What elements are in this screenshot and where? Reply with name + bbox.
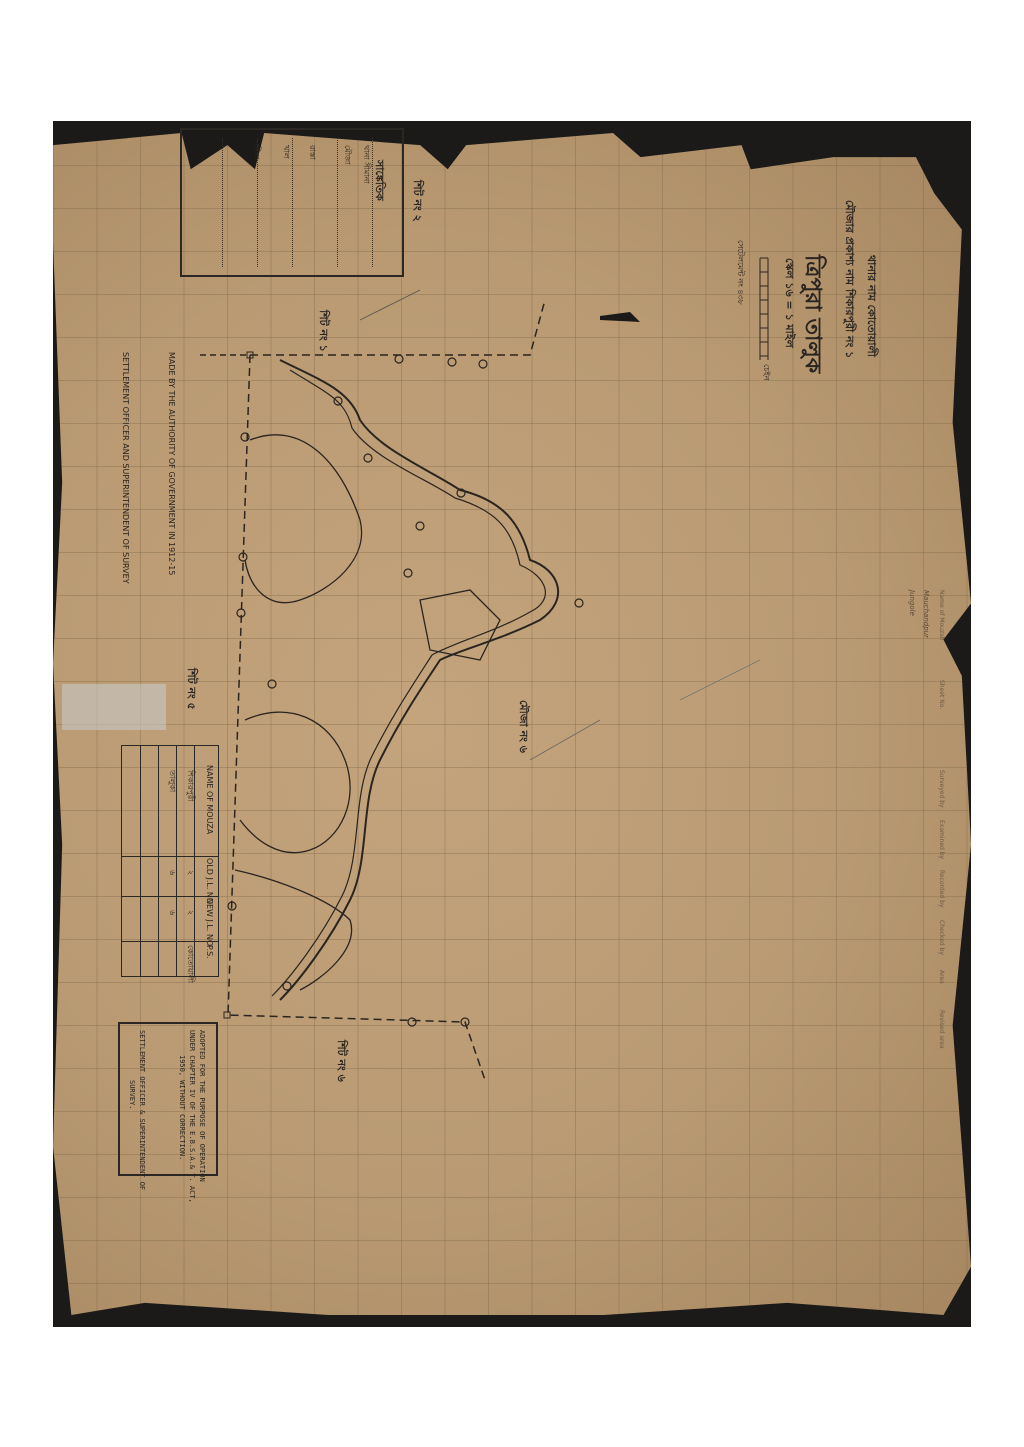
table-cell: ২ xyxy=(183,870,196,875)
authority-footer: SETTLEMENT OFFICER AND SUPERINTENDENT OF… xyxy=(121,352,130,584)
map-title: ত্রিপুরা তালুক xyxy=(793,255,830,373)
stamp-line4: SETTLEMENT OFFICER & SUPERINTENDENT OF xyxy=(138,1030,146,1190)
table-header: NEW J.L. NO xyxy=(205,898,214,946)
form-column: Examined by xyxy=(938,820,945,859)
table-cell: ৬ xyxy=(165,910,178,915)
table-header: P.S. xyxy=(205,945,214,959)
mouza-label-6: মৌজা নং ৬ xyxy=(513,700,532,753)
table-cell: ৬ xyxy=(165,870,178,875)
form-entry: Jungole xyxy=(908,590,916,616)
legend-item: রাস্তা xyxy=(305,145,318,160)
table-cell: শিকারপুরী xyxy=(183,770,196,801)
stamp-line5: SURVEY. xyxy=(128,1080,136,1110)
sheet-label-5: শিট নং ৫ xyxy=(181,668,200,710)
legend-item: খাল xyxy=(279,145,292,159)
header-line2: মৌজার প্রকাশ্য নাম শিকারপুরী নং ১ xyxy=(839,200,858,358)
form-column: Name of Mouzah xyxy=(938,590,945,641)
table-cell: কোতোয়ালী xyxy=(183,945,196,983)
legend-item: সীমা xyxy=(249,145,262,159)
form-entry: Mauchandpur xyxy=(922,590,930,638)
table-cell: তালুকা xyxy=(165,770,178,792)
tape-patch xyxy=(62,684,166,730)
table-header: NAME OF MOUZA xyxy=(205,765,214,834)
stamp-line2: UNDER CHAPTER IV OF THE E.B.S.A.& T. ACT… xyxy=(188,1030,196,1203)
header-line1: থানার নাম কোতোয়ালী xyxy=(861,255,880,357)
scale-bar-label: চেইন xyxy=(759,364,772,381)
scale-text: স্কেল ১৬ = ১ মাইল xyxy=(779,258,798,348)
legend-item: মৌজা xyxy=(340,145,353,164)
form-column: Revised area xyxy=(938,1010,945,1049)
form-column: Checked by xyxy=(938,920,945,955)
form-column: Area xyxy=(938,970,945,984)
scale-note: সেটেলমেন্ট নং ৪৩৮ xyxy=(733,240,746,305)
sheet-label-2: শিট নং ২ xyxy=(407,180,426,222)
stamp-line3: 1950, WITHOUT CORRECTION. xyxy=(178,1055,186,1160)
authority-text: MADE BY THE AUTHORITY OF GOVERNMENT IN 1… xyxy=(167,352,176,575)
table-cell: ২ xyxy=(183,910,196,915)
sheet-label-6: শিট নং ৬ xyxy=(331,1040,350,1082)
form-column: Recorded by xyxy=(938,870,945,908)
form-column: Surveyed by xyxy=(938,770,945,808)
form-column: Sheet No. xyxy=(938,680,945,709)
legend-item: থানা সীমানা xyxy=(359,145,372,184)
stamp-line1: ADOPTED FOR THE PURPOSE OF OPERATION xyxy=(198,1030,206,1182)
sheet-label-1: শিট নং ১ xyxy=(313,310,332,352)
